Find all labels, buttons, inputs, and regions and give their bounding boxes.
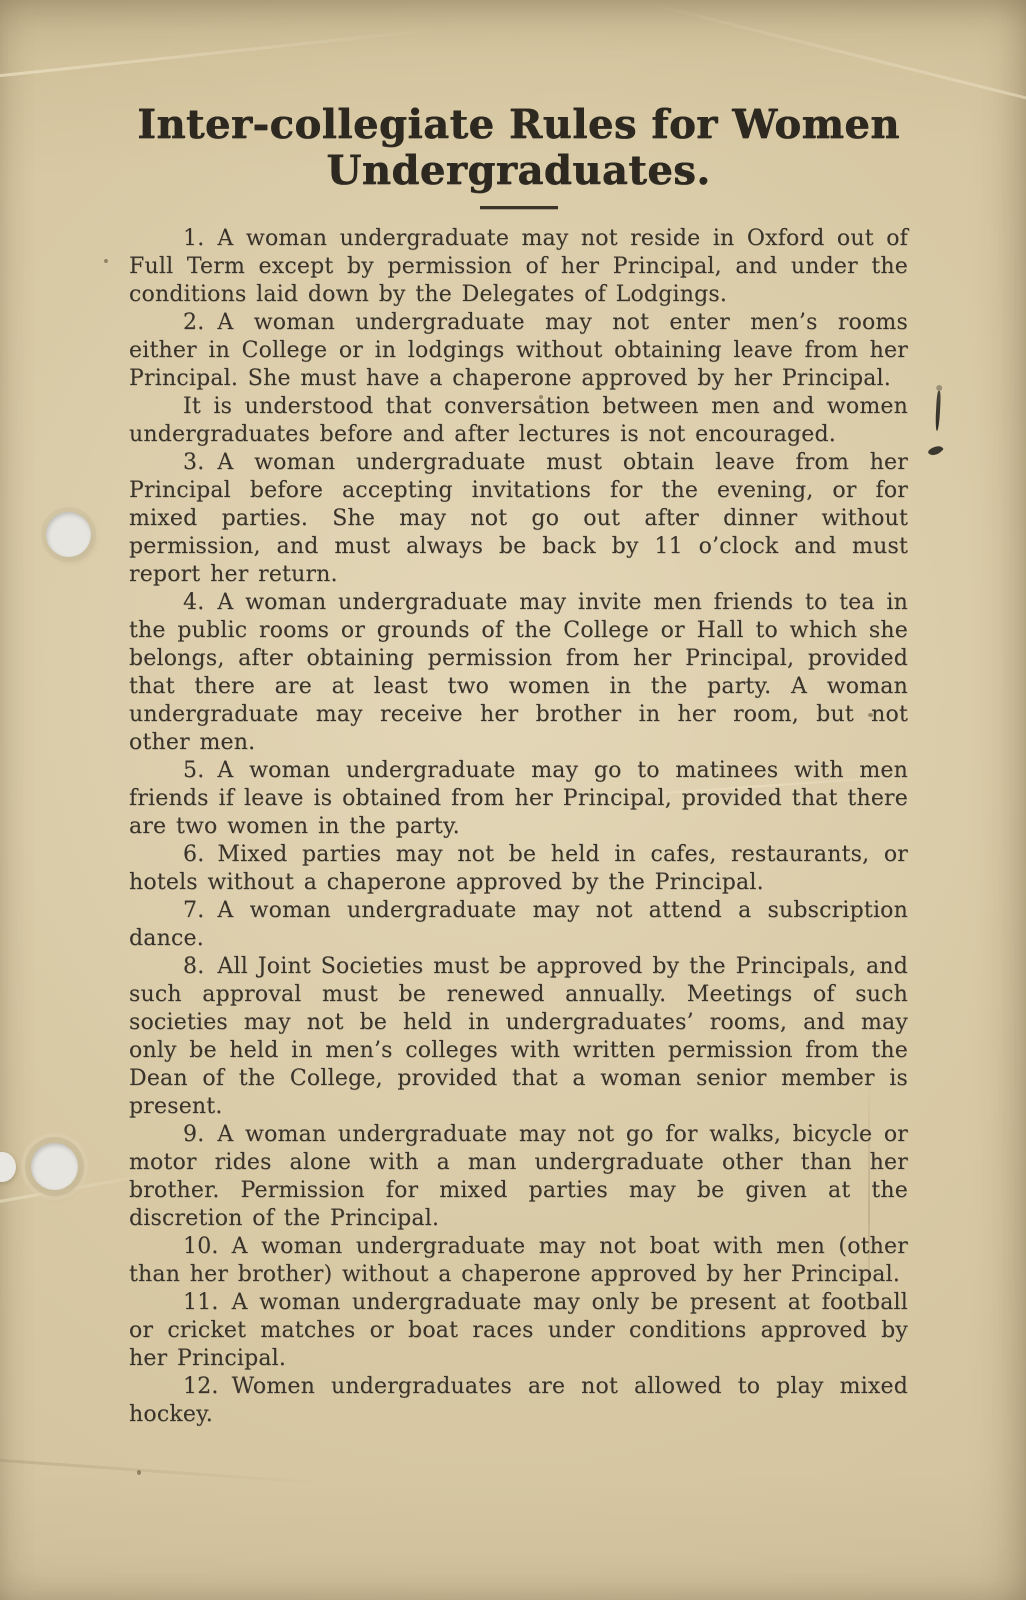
rule-number: 8. (183, 954, 204, 979)
punch-hole-top (46, 512, 91, 557)
paper-crease (0, 1458, 330, 1485)
rule-number: 6. (183, 842, 204, 867)
rule-text: A woman undergraduate may invite men fri… (129, 590, 908, 755)
rule-paragraph-1: 1.A woman undergraduate may not reside i… (129, 225, 908, 309)
paper-speck (137, 1470, 141, 1475)
rule-number: 4. (183, 590, 204, 615)
rule-number: 11. (183, 1290, 219, 1315)
document-content: Inter-collegiate Rules for Women Undergr… (129, 0, 908, 1429)
rule-text: Women undergraduates are not allowed to … (129, 1374, 908, 1427)
rule-paragraph-4: 4.A woman undergraduate may invite men f… (129, 589, 908, 757)
rule-number: 3. (183, 450, 204, 475)
rules-list: 1.A woman undergraduate may not reside i… (129, 225, 908, 1429)
rule-paragraph-2: 2.A woman undergraduate may not enter me… (129, 309, 908, 393)
pen-mark-stroke (935, 391, 941, 431)
rule-number: 9. (183, 1122, 204, 1147)
note-paragraph: It is understood that conversation betwe… (129, 393, 908, 449)
rule-number: 2. (183, 310, 204, 335)
scanned-document-page: Inter-collegiate Rules for Women Undergr… (0, 0, 1026, 1600)
rule-text: A woman undergraduate may only be presen… (129, 1290, 908, 1371)
punch-hole-bottom (31, 1143, 78, 1190)
rule-text: A woman undergraduate must obtain leave … (129, 450, 908, 587)
rule-text: A woman undergraduate may not boat with … (129, 1234, 908, 1287)
rule-number: 7. (183, 898, 204, 923)
rule-number: 12. (183, 1374, 219, 1399)
rule-paragraph-8: 8.All Joint Societies must be approved b… (129, 953, 908, 1121)
title-divider (480, 206, 558, 209)
pen-mark-comma (927, 443, 944, 457)
rule-paragraph-11: 11.A woman undergraduate may only be pre… (129, 1289, 908, 1373)
rule-paragraph-9: 9.A woman undergraduate may not go for w… (129, 1121, 908, 1233)
rule-text: It is understood that conversation betwe… (129, 394, 908, 447)
rule-paragraph-10: 10.A woman undergraduate may not boat wi… (129, 1233, 908, 1289)
rule-number: 5. (183, 758, 204, 783)
rule-paragraph-5: 5.A woman undergraduate may go to matine… (129, 757, 908, 841)
rule-number: 1. (183, 226, 204, 251)
rule-text: A woman undergraduate may not go for wal… (129, 1122, 908, 1231)
document-title: Inter-collegiate Rules for Women Undergr… (129, 102, 908, 194)
paper-speck (104, 259, 108, 263)
rule-number: 10. (183, 1234, 219, 1259)
rule-text: A woman undergraduate may go to matinees… (129, 758, 908, 839)
rule-text: A woman undergraduate may not attend a s… (129, 898, 908, 951)
rule-text: A woman undergraduate may not enter men’… (129, 310, 908, 391)
rule-paragraph-7: 7.A woman undergraduate may not attend a… (129, 897, 908, 953)
rule-text: Mixed parties may not be held in cafes, … (129, 842, 908, 895)
title-line-2: Undergraduates. (129, 148, 908, 194)
rule-text: A woman undergraduate may not reside in … (129, 226, 908, 307)
title-line-1: Inter-collegiate Rules for Women (129, 102, 908, 148)
rule-paragraph-12: 12.Women undergraduates are not allowed … (129, 1373, 908, 1429)
rule-paragraph-6: 6.Mixed parties may not be held in cafes… (129, 841, 908, 897)
rule-text: All Joint Societies must be approved by … (129, 954, 908, 1119)
rule-paragraph-3: 3.A woman undergraduate must obtain leav… (129, 449, 908, 589)
paper-chip-edge (0, 1152, 16, 1182)
